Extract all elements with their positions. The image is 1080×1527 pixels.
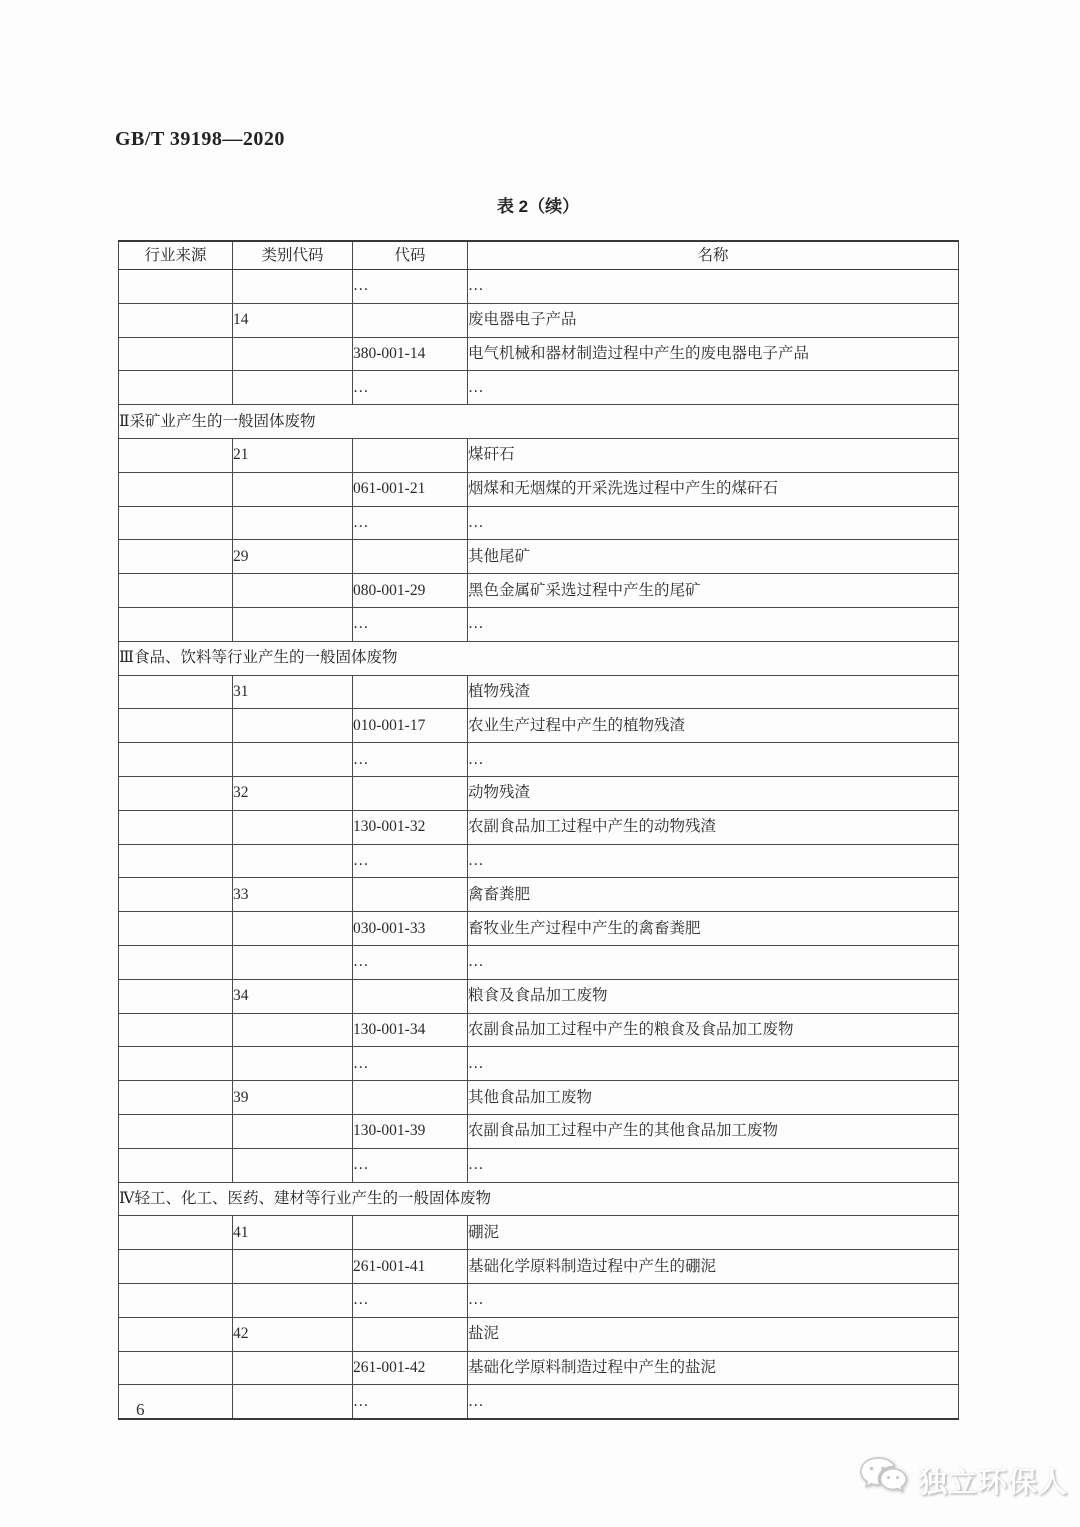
cell-code	[353, 438, 468, 472]
cell-code: 380-001-14	[353, 337, 468, 371]
cell-industry-source	[119, 1351, 233, 1385]
cell-category-code	[233, 270, 353, 304]
table-row: 010-001-17农业生产过程中产生的植物残渣	[119, 709, 959, 743]
cell-code: …	[353, 506, 468, 540]
cell-name: 禽畜粪肥	[468, 878, 959, 912]
cell-category-code	[233, 1283, 353, 1317]
cell-code	[353, 1081, 468, 1115]
cell-name: 黑色金属矿采选过程中产生的尾矿	[468, 574, 959, 608]
cell-code: …	[353, 270, 468, 304]
cell-category-code: 31	[233, 675, 353, 709]
cell-industry-source	[119, 675, 233, 709]
table-row: 380-001-14电气机械和器材制造过程中产生的废电器电子产品	[119, 337, 959, 371]
table-row: 21煤矸石	[119, 438, 959, 472]
table-row: ……	[119, 844, 959, 878]
table-row: ……	[119, 607, 959, 641]
cell-name: 其他食品加工废物	[468, 1081, 959, 1115]
cell-category-code	[233, 1047, 353, 1081]
column-header: 名称	[468, 241, 959, 270]
cell-industry-source	[119, 506, 233, 540]
cell-category-code	[233, 1385, 353, 1419]
waste-code-table: 行业来源类别代码代码名称 ……14废电器电子产品380-001-14电气机械和器…	[118, 240, 959, 1420]
cell-industry-source	[119, 472, 233, 506]
cell-category-code	[233, 945, 353, 979]
cell-industry-source	[119, 1250, 233, 1284]
cell-name: 废电器电子产品	[468, 303, 959, 337]
cell-code: 261-001-42	[353, 1351, 468, 1385]
cell-code: 130-001-34	[353, 1013, 468, 1047]
cell-category-code	[233, 506, 353, 540]
page-number: 6	[136, 1400, 145, 1420]
table-row: 130-001-39农副食品加工过程中产生的其他食品加工废物	[119, 1114, 959, 1148]
cell-code: …	[353, 743, 468, 777]
cell-name: 盐泥	[468, 1317, 959, 1351]
cell-category-code: 39	[233, 1081, 353, 1115]
table-caption: 表 2（续）	[118, 192, 958, 217]
cell-name: …	[468, 844, 959, 878]
cell-code: 030-001-33	[353, 912, 468, 946]
cell-industry-source	[119, 303, 233, 337]
table-row: 34粮食及食品加工废物	[119, 979, 959, 1013]
cell-industry-source	[119, 945, 233, 979]
cell-code	[353, 979, 468, 1013]
cell-code	[353, 303, 468, 337]
cell-industry-source	[119, 776, 233, 810]
cell-code	[353, 776, 468, 810]
cell-code: …	[353, 1283, 468, 1317]
cell-category-code: 42	[233, 1317, 353, 1351]
cell-industry-source	[119, 709, 233, 743]
cell-name: 动物残渣	[468, 776, 959, 810]
table-row: ……	[119, 506, 959, 540]
cell-category-code: 33	[233, 878, 353, 912]
cell-category-code	[233, 337, 353, 371]
table-row: 061-001-21烟煤和无烟煤的开采洗选过程中产生的煤矸石	[119, 472, 959, 506]
cell-name: 烟煤和无烟煤的开采洗选过程中产生的煤矸石	[468, 472, 959, 506]
cell-name: …	[468, 945, 959, 979]
table-row: 39其他食品加工废物	[119, 1081, 959, 1115]
cell-industry-source	[119, 607, 233, 641]
cell-name: …	[468, 607, 959, 641]
cell-name: 植物残渣	[468, 675, 959, 709]
waste-table-header-row: 行业来源类别代码代码名称	[119, 241, 959, 270]
cell-name: 基础化学原料制造过程中产生的硼泥	[468, 1250, 959, 1284]
cell-category-code: 21	[233, 438, 353, 472]
cell-category-code	[233, 371, 353, 405]
section-label: Ⅲ食品、饮料等行业产生的一般固体废物	[119, 641, 959, 675]
cell-code: …	[353, 1148, 468, 1182]
cell-industry-source	[119, 1216, 233, 1250]
cell-industry-source	[119, 1283, 233, 1317]
cell-name: 硼泥	[468, 1216, 959, 1250]
table-row: 130-001-32农副食品加工过程中产生的动物残渣	[119, 810, 959, 844]
cell-name: 粮食及食品加工废物	[468, 979, 959, 1013]
cell-code: …	[353, 1385, 468, 1419]
cell-code: …	[353, 844, 468, 878]
standard-number: GB/T 39198—2020	[115, 128, 285, 151]
table-row: 130-001-34农副食品加工过程中产生的粮食及食品加工废物	[119, 1013, 959, 1047]
cell-industry-source	[119, 1047, 233, 1081]
cell-code	[353, 1216, 468, 1250]
cell-category-code	[233, 709, 353, 743]
cell-name: …	[468, 371, 959, 405]
cell-category-code	[233, 1250, 353, 1284]
column-header: 行业来源	[119, 241, 233, 270]
cell-industry-source	[119, 1081, 233, 1115]
cell-industry-source	[119, 979, 233, 1013]
cell-code: …	[353, 371, 468, 405]
table-row: ……	[119, 1148, 959, 1182]
cell-name: 煤矸石	[468, 438, 959, 472]
document-page: GB/T 39198—2020 表 2（续） 行业来源类别代码代码名称 ……14…	[0, 0, 1080, 1527]
cell-industry-source	[119, 337, 233, 371]
cell-code: 130-001-32	[353, 810, 468, 844]
cell-code: 061-001-21	[353, 472, 468, 506]
table-row: ……	[119, 371, 959, 405]
cell-name: …	[468, 1047, 959, 1081]
cell-name: …	[468, 743, 959, 777]
cell-name: …	[468, 506, 959, 540]
watermark-label: 独立环保人	[918, 1460, 1068, 1501]
cell-name: 基础化学原料制造过程中产生的盐泥	[468, 1351, 959, 1385]
table-row: 14废电器电子产品	[119, 303, 959, 337]
cell-industry-source	[119, 270, 233, 304]
cell-name: 农副食品加工过程中产生的粮食及食品加工废物	[468, 1013, 959, 1047]
cell-industry-source	[119, 810, 233, 844]
cell-code: 010-001-17	[353, 709, 468, 743]
cell-code: 130-001-39	[353, 1114, 468, 1148]
cell-category-code	[233, 1013, 353, 1047]
cell-code: …	[353, 607, 468, 641]
section-row: Ⅱ采矿业产生的一般固体废物	[119, 405, 959, 439]
table-row: ……	[119, 1385, 959, 1419]
cell-code	[353, 878, 468, 912]
cell-code	[353, 675, 468, 709]
section-row: Ⅳ轻工、化工、医药、建材等行业产生的一般固体废物	[119, 1182, 959, 1216]
cell-industry-source	[119, 438, 233, 472]
waste-table-body: ……14废电器电子产品380-001-14电气机械和器材制造过程中产生的废电器电…	[119, 270, 959, 1420]
cell-category-code	[233, 810, 353, 844]
cell-category-code: 34	[233, 979, 353, 1013]
cell-category-code: 14	[233, 303, 353, 337]
table-row: ……	[119, 270, 959, 304]
cell-name: 农副食品加工过程中产生的其他食品加工废物	[468, 1114, 959, 1148]
table-row: 29其他尾矿	[119, 540, 959, 574]
cell-category-code	[233, 743, 353, 777]
cell-industry-source	[119, 1013, 233, 1047]
cell-code: …	[353, 945, 468, 979]
table-row: 41硼泥	[119, 1216, 959, 1250]
section-row: Ⅲ食品、饮料等行业产生的一般固体废物	[119, 641, 959, 675]
table-row: 261-001-41基础化学原料制造过程中产生的硼泥	[119, 1250, 959, 1284]
cell-code	[353, 1317, 468, 1351]
cell-category-code: 29	[233, 540, 353, 574]
table-row: 261-001-42基础化学原料制造过程中产生的盐泥	[119, 1351, 959, 1385]
table-row: ……	[119, 945, 959, 979]
table-row: ……	[119, 1283, 959, 1317]
cell-category-code	[233, 1351, 353, 1385]
cell-industry-source	[119, 844, 233, 878]
cell-industry-source	[119, 743, 233, 777]
column-header: 类别代码	[233, 241, 353, 270]
cell-industry-source	[119, 1148, 233, 1182]
table-row: ……	[119, 1047, 959, 1081]
wechat-logo-icon	[858, 1455, 912, 1506]
cell-code	[353, 540, 468, 574]
section-label: Ⅱ采矿业产生的一般固体废物	[119, 405, 959, 439]
cell-name: …	[468, 1148, 959, 1182]
cell-category-code	[233, 607, 353, 641]
cell-code: 080-001-29	[353, 574, 468, 608]
cell-industry-source	[119, 912, 233, 946]
cell-industry-source	[119, 540, 233, 574]
table-row: 42盐泥	[119, 1317, 959, 1351]
table-row: 32动物残渣	[119, 776, 959, 810]
cell-code: 261-001-41	[353, 1250, 468, 1284]
cell-name: 畜牧业生产过程中产生的禽畜粪肥	[468, 912, 959, 946]
cell-name: 其他尾矿	[468, 540, 959, 574]
cell-category-code: 41	[233, 1216, 353, 1250]
cell-industry-source	[119, 574, 233, 608]
cell-industry-source	[119, 371, 233, 405]
table-row: 080-001-29黑色金属矿采选过程中产生的尾矿	[119, 574, 959, 608]
cell-industry-source	[119, 1114, 233, 1148]
cell-category-code	[233, 844, 353, 878]
cell-name: 电气机械和器材制造过程中产生的废电器电子产品	[468, 337, 959, 371]
cell-industry-source	[119, 1317, 233, 1351]
cell-category-code: 32	[233, 776, 353, 810]
cell-code: …	[353, 1047, 468, 1081]
cell-name: 农副食品加工过程中产生的动物残渣	[468, 810, 959, 844]
cell-category-code	[233, 574, 353, 608]
table-row: 33禽畜粪肥	[119, 878, 959, 912]
cell-category-code	[233, 472, 353, 506]
watermark: 独立环保人	[858, 1450, 1058, 1510]
column-header: 代码	[353, 241, 468, 270]
cell-name: 农业生产过程中产生的植物残渣	[468, 709, 959, 743]
cell-name: …	[468, 270, 959, 304]
cell-industry-source	[119, 878, 233, 912]
cell-name: …	[468, 1283, 959, 1317]
section-label: Ⅳ轻工、化工、医药、建材等行业产生的一般固体废物	[119, 1182, 959, 1216]
cell-category-code	[233, 912, 353, 946]
table-row: ……	[119, 743, 959, 777]
table-row: 030-001-33畜牧业生产过程中产生的禽畜粪肥	[119, 912, 959, 946]
table-row: 31植物残渣	[119, 675, 959, 709]
cell-category-code	[233, 1148, 353, 1182]
cell-name: …	[468, 1385, 959, 1419]
cell-category-code	[233, 1114, 353, 1148]
